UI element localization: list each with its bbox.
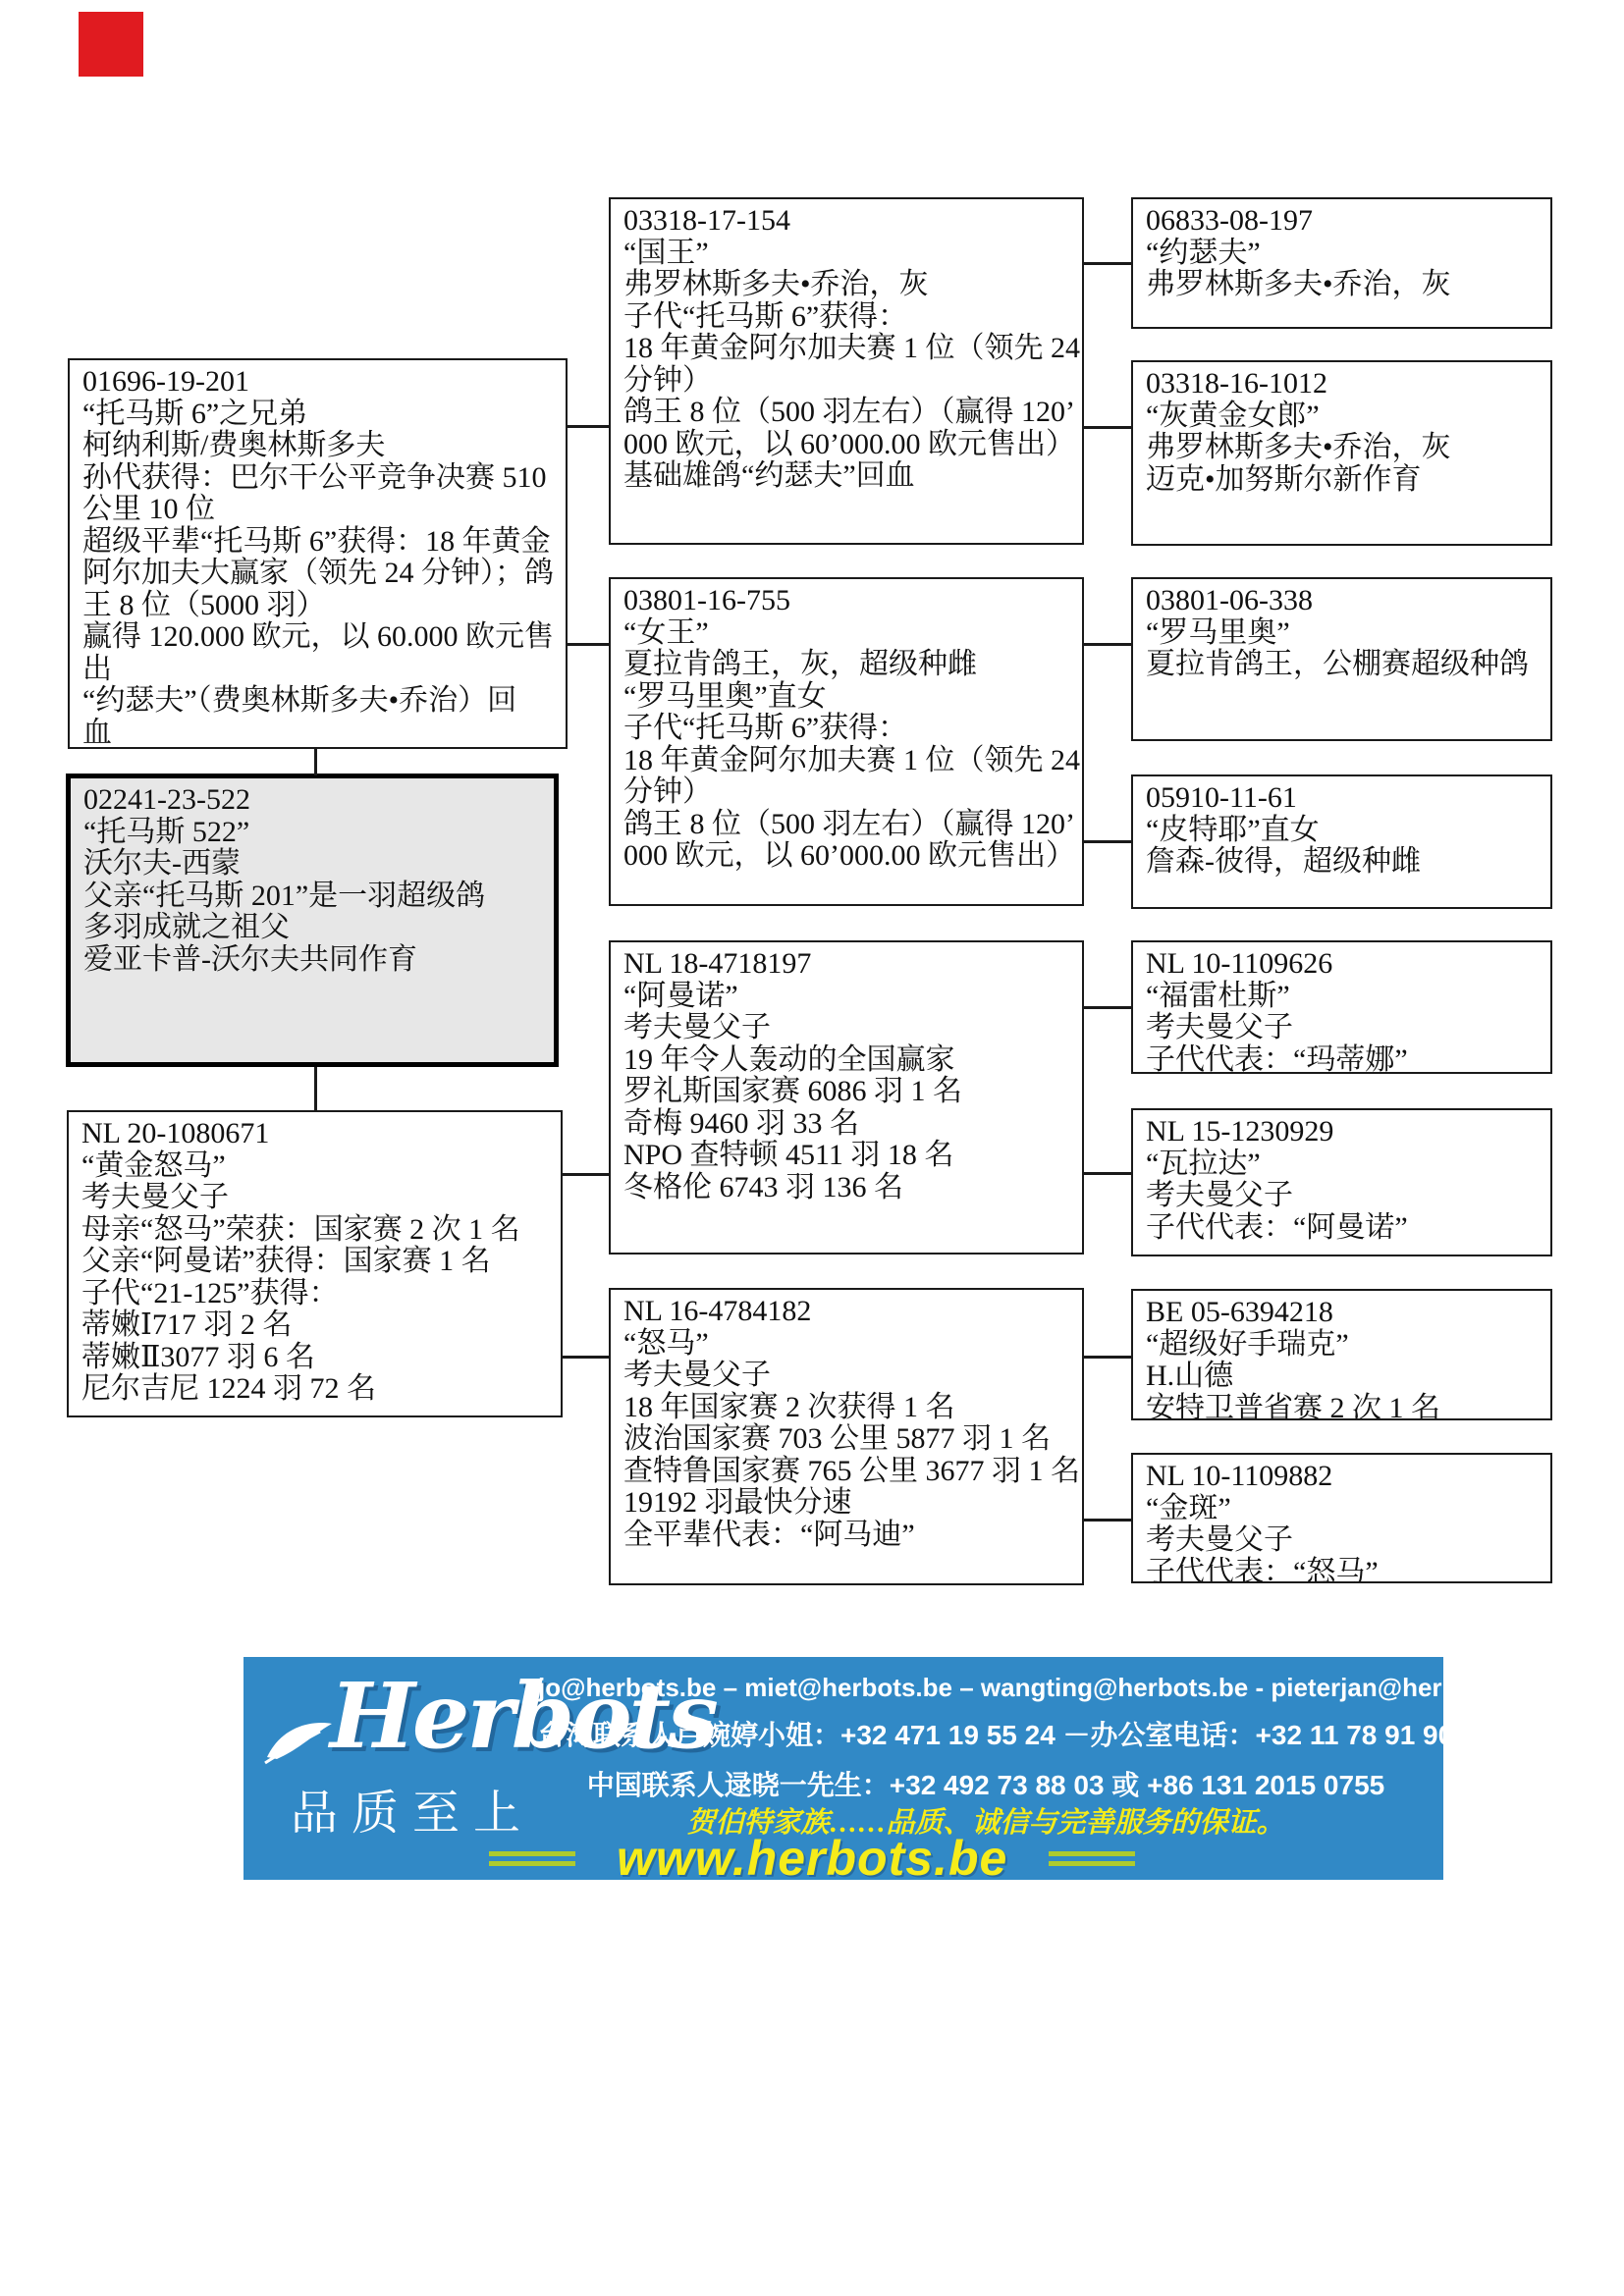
box-line: 鸽王 8 位（500 羽左右）（赢得 120’ (623, 809, 1072, 841)
box-line: “托马斯 522” (83, 817, 544, 849)
box-line: 子代“托马斯 6”获得： (623, 713, 1072, 745)
box-line: 考夫曼父子 (1146, 1524, 1541, 1557)
box-line: 19 年令人轰动的全国赢家 (623, 1044, 1072, 1077)
box-line: 父亲“托马斯 201”是一羽超级鸽 (83, 881, 544, 913)
pedigree-box-mother-father: NL 18-4718197“阿曼诺”考夫曼父子19 年令人轰动的全国赢家罗礼斯国… (609, 940, 1084, 1255)
box-line: “瓦拉达” (1146, 1148, 1541, 1181)
box-line: 奇梅 9460 羽 33 名 (623, 1108, 1072, 1141)
connector-ff-fff (1084, 262, 1131, 265)
box-line: 考夫曼父子 (1146, 1012, 1541, 1044)
box-line: “罗马里奥” (1146, 617, 1541, 650)
box-line: 考夫曼父子 (623, 1360, 1072, 1392)
box-line: 沃尔夫-西蒙 (83, 848, 544, 881)
box-line: 迈克•加努斯尔新作育 (1146, 464, 1541, 497)
pedigree-box-fm-mother: 05910-11-61“皮特耶”直女詹森-彼得，超级种雌 (1131, 774, 1552, 909)
box-line: “约瑟夫”（费奥林斯多夫•乔治）回 (82, 685, 556, 718)
box-line: NL 18-4718197 (623, 948, 1072, 981)
box-line: 子代代表：“玛蒂娜” (1146, 1044, 1541, 1075)
pedigree-box-mother: NL 20-1080671“黄金怒马”考夫曼父子母亲“怒马”荣获：国家赛 2 次… (67, 1110, 563, 1417)
banner-contact-zone: jo@herbots.be – miet@herbots.be – wangti… (538, 1657, 1434, 1803)
box-line: 子代“21-125”获得： (81, 1278, 551, 1310)
box-line: “罗马里奥”直女 (623, 681, 1072, 714)
box-line: NL 15-1230929 (1146, 1116, 1541, 1148)
box-line: 赢得 120.000 欧元，以 60.000 欧元售 (82, 621, 556, 654)
box-line: 考夫曼父子 (623, 1012, 1072, 1044)
double-line-decoration-left (489, 1851, 575, 1866)
pedigree-box-ff-father: 06833-08-197“约瑟夫”弗罗林斯多夫•乔治，灰 (1131, 197, 1552, 329)
box-line: 蒂嫩Ⅰ717 羽 2 名 (81, 1309, 551, 1342)
box-line: 詹森-彼得，超级种雌 (1146, 846, 1541, 879)
box-line: 子代代表：“阿曼诺” (1146, 1212, 1541, 1245)
box-line: “福雷杜斯” (1146, 981, 1541, 1013)
connector-mm-mmm (1084, 1519, 1131, 1522)
banner-china-contact-line: 中国联系人逯晓一先生：+32 492 73 88 03 或 +86 131 20… (538, 1764, 1434, 1803)
box-line: 公里 10 位 (82, 494, 556, 526)
connector-mother-mm (563, 1356, 609, 1359)
box-line: 03801-06-338 (1146, 585, 1541, 617)
connector-fm-fmm (1084, 840, 1131, 843)
box-line: 考夫曼父子 (81, 1182, 551, 1214)
connector-father-fm (568, 643, 609, 646)
box-line: 尼尔吉尼 1224 羽 72 名 (81, 1373, 551, 1406)
connector-subject-mother (314, 1067, 317, 1112)
box-line: NPO 查特顿 4511 羽 18 名 (623, 1140, 1072, 1172)
pedigree-box-father-father: 03318-17-154“国王”弗罗林斯多夫•乔治，灰子代“托马斯 6”获得：1… (609, 197, 1084, 545)
box-line: 子代“托马斯 6”获得： (623, 301, 1072, 334)
box-line: 出 (82, 654, 556, 686)
box-line: 父亲“阿曼诺”获得：国家赛 1 名 (81, 1246, 551, 1278)
box-line: 18 年黄金阿尔加夫赛 1 位（领先 24 (623, 333, 1072, 365)
double-line-decoration-right (1049, 1851, 1135, 1866)
box-line: 多羽成就之祖父 (83, 912, 544, 944)
box-line: 01696-19-201 (82, 366, 556, 399)
box-line: “托马斯 6”之兄弟 (82, 399, 556, 431)
box-line: “约瑟夫” (1146, 238, 1541, 270)
box-line: NL 10-1109626 (1146, 948, 1541, 981)
box-line: 超级平辈“托马斯 6”获得：18 年黄金 (82, 526, 556, 559)
pedigree-box-mother-mother: NL 16-4784182“怒马”考夫曼父子18 年国家赛 2 次获得 1 名波… (609, 1288, 1084, 1585)
box-line: 孙代获得：巴尔干公平竞争决赛 510 (82, 462, 556, 495)
box-line: 000 欧元，以 60’000.00 欧元售出） (623, 840, 1072, 873)
box-line: 弗罗林斯多夫•乔治，灰 (1146, 269, 1541, 301)
box-line: 冬格伦 6743 羽 136 名 (623, 1172, 1072, 1204)
box-line: 基础雄鸽“约瑟夫”回血 (623, 460, 1072, 493)
box-line: BE 05-6394218 (1146, 1297, 1541, 1329)
box-line: 05910-11-61 (1146, 782, 1541, 815)
box-line: 柯纳利斯/费奥林斯多夫 (82, 430, 556, 462)
box-line: 查特鲁国家赛 765 公里 3677 羽 1 名 (623, 1456, 1072, 1488)
box-line: 血 (82, 718, 556, 750)
box-line: “皮特耶”直女 (1146, 815, 1541, 847)
connector-fm-fmf (1084, 643, 1131, 646)
connector-father-subject (314, 749, 317, 775)
box-line: 王 8 位（5000 羽） (82, 590, 556, 622)
connector-mf-mff (1084, 1006, 1131, 1009)
connector-ff-ffm (1084, 426, 1131, 429)
box-line: 母亲“怒马”荣获：国家赛 2 次 1 名 (81, 1214, 551, 1247)
box-line: 06833-08-197 (1146, 205, 1541, 238)
box-line: 03318-17-154 (623, 205, 1072, 238)
box-line: 夏拉肯鸽王，公棚赛超级种鸽 (1146, 649, 1541, 681)
connector-father-ff (568, 425, 609, 428)
box-line: 阿尔加夫大赢家（领先 24 分钟）；鸽 (82, 558, 556, 590)
box-line: 18 年国家赛 2 次获得 1 名 (623, 1392, 1072, 1424)
pedigree-box-ff-mother: 03318-16-1012“灰黄金女郎”弗罗林斯多夫•乔治，灰迈克•加努斯尔新作… (1131, 360, 1552, 546)
box-line: 弗罗林斯多夫•乔治，灰 (623, 269, 1072, 301)
box-line: 03801-16-755 (623, 585, 1072, 617)
box-line: “超级好手瑞克” (1146, 1329, 1541, 1362)
pedigree-page: 01696-19-201“托马斯 6”之兄弟柯纳利斯/费奥林斯多夫孙代获得：巴尔… (0, 0, 1624, 2296)
box-line: 考夫曼父子 (1146, 1180, 1541, 1212)
box-line: “阿曼诺” (623, 981, 1072, 1013)
pedigree-box-mm-mother: NL 10-1109882“金斑”考夫曼父子子代代表：“怒马” (1131, 1453, 1552, 1583)
box-line: “女王” (623, 617, 1072, 650)
box-line: 夏拉肯鸽王，灰，超级种雌 (623, 649, 1072, 681)
red-square-logo (79, 12, 143, 77)
pedigree-box-mm-father: BE 05-6394218“超级好手瑞克”H.山德安特卫普省赛 2 次 1 名 (1131, 1289, 1552, 1420)
box-line: 子代代表：“怒马” (1146, 1557, 1541, 1584)
connector-mother-mf (563, 1173, 609, 1176)
box-line: NL 10-1109882 (1146, 1461, 1541, 1493)
box-line: 000 欧元，以 60’000.00 欧元售出） (623, 429, 1072, 461)
pedigree-box-subject: 02241-23-522“托马斯 522”沃尔夫-西蒙父亲“托马斯 201”是一… (66, 774, 559, 1067)
box-line: “怒马” (623, 1328, 1072, 1361)
pedigree-box-mf-father: NL 10-1109626“福雷杜斯”考夫曼父子子代代表：“玛蒂娜” (1131, 940, 1552, 1074)
box-line: 鸽王 8 位（500 羽左右）（赢得 120’ (623, 397, 1072, 429)
box-line: 18 年黄金阿尔加夫赛 1 位（领先 24 (623, 745, 1072, 777)
box-line: NL 16-4784182 (623, 1296, 1072, 1328)
herbots-banner: Herbots 品质至上 jo@herbots.be – miet@herbot… (244, 1657, 1443, 1880)
box-line: 蒂嫩Ⅱ3077 羽 6 名 (81, 1342, 551, 1374)
box-line: 分钟） (623, 365, 1072, 398)
connector-mf-mfm (1084, 1172, 1131, 1175)
banner-taiwan-contact-line: 台湾联系人卢婉婷小姐：+32 471 19 55 24 －办公室电话：+32 1… (538, 1714, 1434, 1753)
pedigree-box-fm-father: 03801-06-338“罗马里奥”夏拉肯鸽王，公棚赛超级种鸽 (1131, 577, 1552, 741)
box-line: “国王” (623, 238, 1072, 270)
box-line: 波治国家赛 703 公里 5877 羽 1 名 (623, 1423, 1072, 1456)
banner-website-row: www.herbots.be (489, 1830, 1135, 1887)
feather-icon (263, 1718, 334, 1774)
box-line: “黄金怒马” (81, 1150, 551, 1183)
box-line: “灰黄金女郎” (1146, 400, 1541, 433)
box-line: 罗礼斯国家赛 6086 羽 1 名 (623, 1076, 1072, 1108)
box-line: 分钟） (623, 776, 1072, 809)
box-line: 安特卫普省赛 2 次 1 名 (1146, 1393, 1541, 1421)
box-line: H.山德 (1146, 1361, 1541, 1393)
box-line: NL 20-1080671 (81, 1118, 551, 1150)
box-line: 02241-23-522 (83, 784, 544, 817)
pedigree-box-father: 01696-19-201“托马斯 6”之兄弟柯纳利斯/费奥林斯多夫孙代获得：巴尔… (68, 358, 568, 749)
box-line: 弗罗林斯多夫•乔治，灰 (1146, 432, 1541, 464)
pedigree-box-father-mother: 03801-16-755“女王”夏拉肯鸽王，灰，超级种雌“罗马里奥”直女子代“托… (609, 577, 1084, 906)
pedigree-box-mf-mother: NL 15-1230929“瓦拉达”考夫曼父子子代代表：“阿曼诺” (1131, 1108, 1552, 1256)
banner-website-link[interactable]: www.herbots.be (617, 1830, 1007, 1887)
box-line: 爱亚卡普-沃尔夫共同作育 (83, 944, 544, 977)
box-line: “金斑” (1146, 1493, 1541, 1525)
banner-email-line[interactable]: jo@herbots.be – miet@herbots.be – wangti… (538, 1673, 1434, 1703)
box-line: 19192 羽最快分速 (623, 1487, 1072, 1520)
connector-mm-mmf (1084, 1356, 1131, 1359)
box-line: 全平辈代表：“阿马迪” (623, 1520, 1072, 1552)
box-line: 03318-16-1012 (1146, 368, 1541, 400)
